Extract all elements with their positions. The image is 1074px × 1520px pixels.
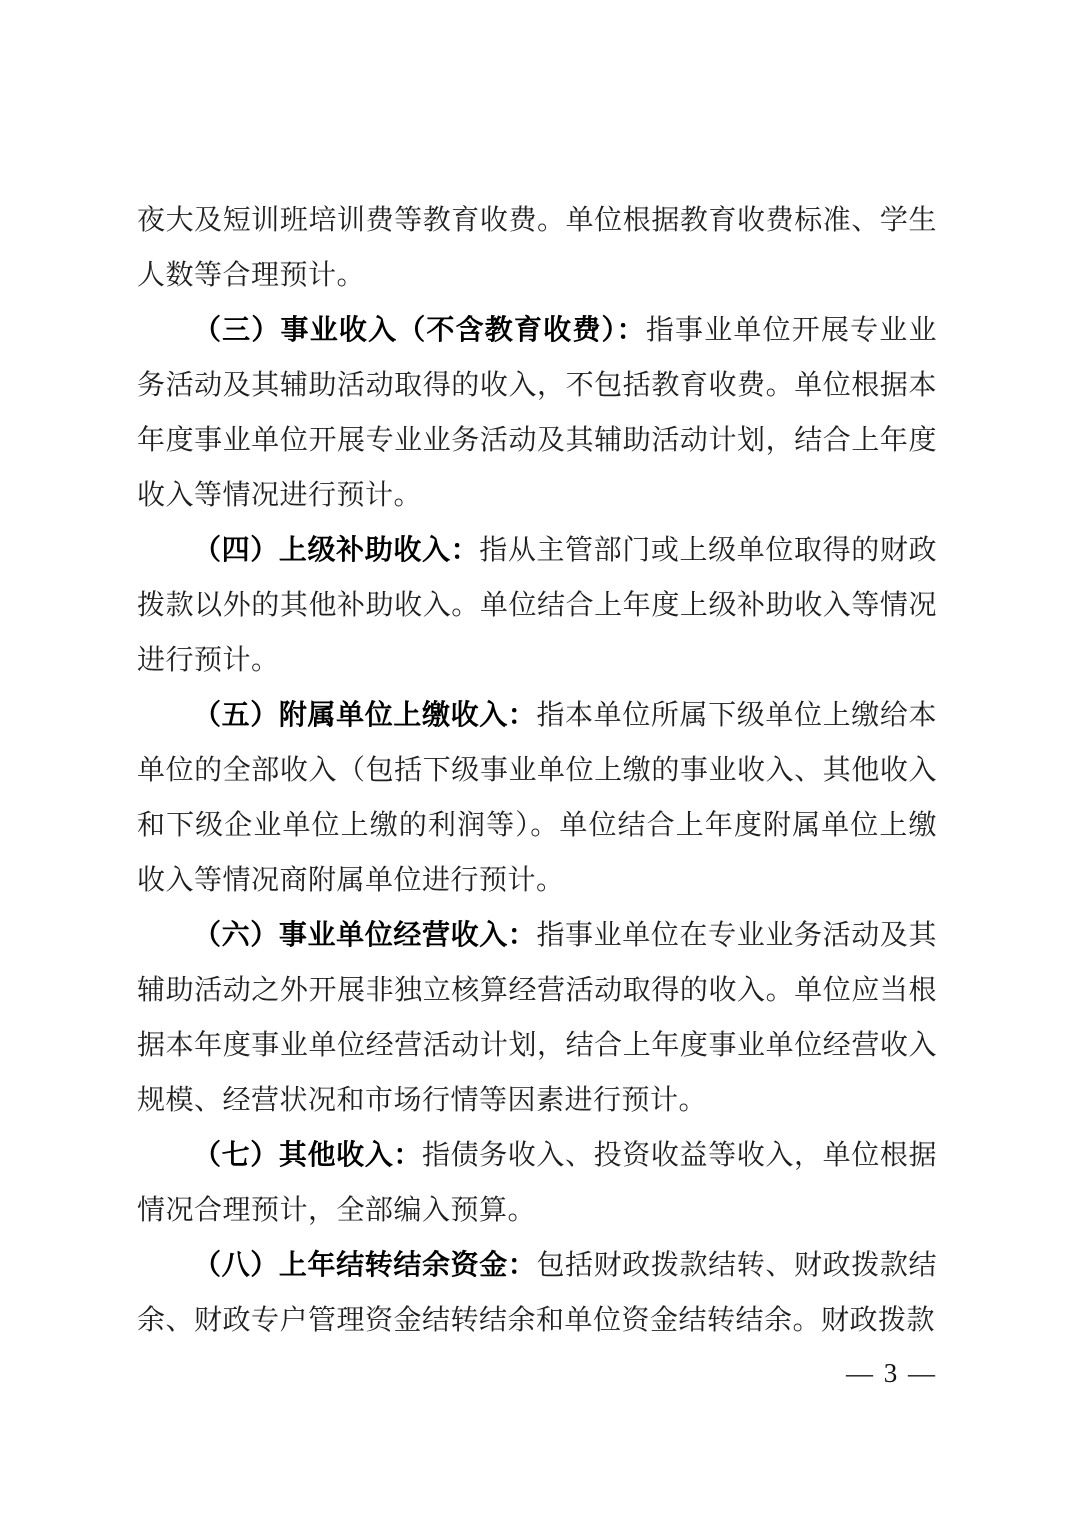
body-text: 夜大及短训班培训费等教育收费。单位根据教育收费标准、学生人数等合理预计。 （三）… — [137, 193, 937, 1348]
paragraph-lead: （六）事业单位经营收入： — [193, 920, 536, 951]
paragraph-lead: （三）事业收入（不含教育收费）： — [193, 315, 646, 346]
document-page: 夜大及短训班培训费等教育收费。单位根据教育收费标准、学生人数等合理预计。 （三）… — [0, 0, 1074, 1520]
paragraph: （五）附属单位上缴收入：指本单位所属下级单位上缴给本单位的全部收入（包括下级事业… — [137, 688, 937, 908]
paragraph-body: 夜大及短训班培训费等教育收费。单位根据教育收费标准、学生人数等合理预计。 — [137, 205, 937, 291]
paragraph-lead: （四）上级补助收入： — [193, 535, 479, 566]
page-number: — 3 — — [846, 1353, 937, 1393]
paragraph-lead: （五）附属单位上缴收入： — [193, 700, 536, 731]
paragraph: （八）上年结转结余资金：包括财政拨款结转、财政拨款结余、财政专户管理资金结转结余… — [137, 1238, 937, 1348]
paragraph: （三）事业收入（不含教育收费）：指事业单位开展专业业务活动及其辅助活动取得的收入… — [137, 303, 937, 523]
paragraph: 夜大及短训班培训费等教育收费。单位根据教育收费标准、学生人数等合理预计。 — [137, 193, 937, 303]
paragraph-lead: （八）上年结转结余资金： — [193, 1250, 536, 1281]
paragraph: （六）事业单位经营收入：指事业单位在专业业务活动及其辅助活动之外开展非独立核算经… — [137, 908, 937, 1128]
paragraph-lead: （七）其他收入： — [193, 1140, 422, 1171]
paragraph: （七）其他收入：指债务收入、投资收益等收入，单位根据情况合理预计，全部编入预算。 — [137, 1128, 937, 1238]
paragraph: （四）上级补助收入：指从主管部门或上级单位取得的财政拨款以外的其他补助收入。单位… — [137, 523, 937, 688]
